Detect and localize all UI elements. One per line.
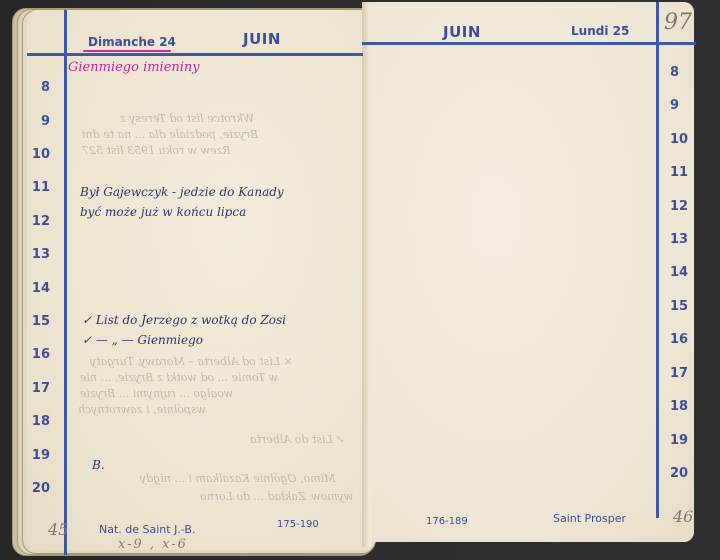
bleed-through-text: Bryzie, podziale dla ... na te dni: [82, 128, 258, 141]
handwritten-entry: Był Gajewczyk - jedzie do Kanady: [80, 185, 284, 199]
right-header-rule: [362, 42, 696, 45]
pencil-page-number-top: 97: [664, 10, 692, 35]
bleed-through-text: wspólnie, i zawrotnych: [78, 403, 206, 416]
bleed-through-text: × List od Alberta – Morawy, Turgaty: [90, 355, 293, 368]
book-gutter: [362, 2, 372, 547]
right-footer-day-count: 176-189: [426, 516, 468, 527]
hour-label: 12: [670, 199, 688, 214]
hour-label: 13: [670, 232, 688, 247]
handwritten-entry: ✓ List do Jerzego z wotką do Zosi: [82, 313, 286, 327]
magenta-underline: [83, 50, 171, 52]
bleed-through-text: ✓ List do Alberta: [250, 433, 346, 446]
hour-label: 16: [670, 332, 688, 347]
hour-label: 8: [670, 65, 679, 80]
left-footer-day-count: 175-190: [277, 519, 319, 530]
handwritten-entry: ✓ — „ — Gienmiego: [82, 333, 203, 347]
pencil-page-number-left: 45: [48, 520, 68, 539]
handwritten-entry: być może już w końcu lipca: [80, 205, 246, 219]
left-page: [27, 10, 370, 550]
hour-label: 11: [670, 165, 688, 180]
pencil-page-number-right: 46: [673, 507, 693, 526]
left-header-rule: [27, 53, 363, 56]
handwritten-entry-magenta: Gienmiego imieniny: [68, 60, 200, 75]
hour-label: 18: [670, 399, 688, 414]
left-margin-rule: [64, 10, 67, 555]
bleed-through-text: Rzew w roku 1953 list 527: [82, 144, 231, 157]
hour-label: 15: [670, 299, 688, 314]
hour-label: 10: [670, 132, 688, 147]
left-month-label: JUIN: [243, 30, 281, 48]
bleed-through-text: Mimo, Ogólnie Kazalkam i ... nigdy: [140, 472, 335, 485]
right-margin-rule: [656, 2, 659, 518]
bleed-through-text: w Tomie ... od wotki z Bryzie, ... nie: [80, 371, 278, 384]
bleed-through-text: wymow. Zakład ... do Lorno: [200, 490, 353, 503]
pencil-note: x-9 , x-6: [118, 537, 188, 552]
hour-label: 17: [670, 366, 688, 381]
bleed-through-text: Wkrotce list od Teresy z: [120, 112, 254, 125]
handwritten-entry: B.: [92, 458, 105, 472]
left-footer-saint: Nat. de Saint J.-B.: [99, 523, 195, 536]
right-page: [362, 2, 694, 542]
bleed-through-text: woalgo ... rujnymi ... Bryzie: [80, 387, 233, 400]
right-day-label: Lundi 25: [571, 24, 629, 38]
hour-label: 14: [670, 265, 688, 280]
hour-label: 19: [670, 433, 688, 448]
right-month-label: JUIN: [443, 23, 481, 41]
hour-label: 9: [670, 98, 679, 113]
right-footer-saint: Saint Prosper: [553, 512, 626, 525]
left-day-label: Dimanche 24: [88, 35, 176, 49]
hour-label: 20: [670, 466, 688, 481]
